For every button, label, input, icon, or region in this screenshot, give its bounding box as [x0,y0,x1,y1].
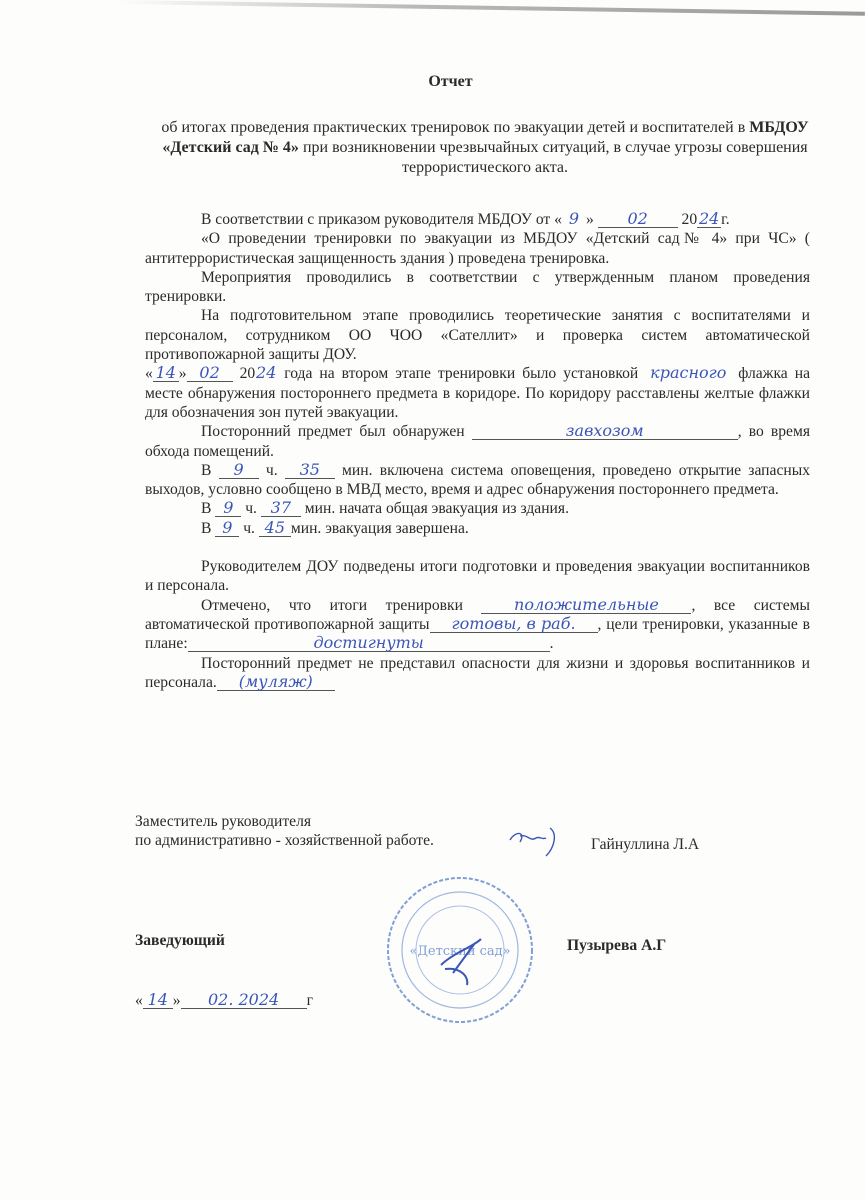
paragraph-plan: Мероприятия проводились в соответствии с… [145,268,810,307]
head-name: Пузырева А.Г [567,937,666,955]
date-day-field[interactable]: 14 [143,992,173,1009]
alert-min-field[interactable]: 35 [285,462,335,479]
order-year-field[interactable]: 24 [697,211,721,228]
date-close: » [173,992,181,1009]
evac-end-min-field[interactable]: 45 [259,520,291,537]
paragraph-noted: Отмечено, что итоги тренировки положител… [145,596,810,654]
paragraph-order: В соответствии с приказом руководителя М… [145,210,810,229]
evac-end-text: мин. эвакуация завершена. [291,520,469,537]
evac-end-hour-field[interactable]: 9 [215,520,239,537]
stage2-year-field[interactable]: 24 [255,365,277,381]
paragraph-preparation: На подготовительном этапе проводились те… [145,306,810,364]
date-rest-field[interactable]: 02. 2024 [181,992,307,1009]
evac-start-min-field[interactable]: 37 [261,500,301,517]
paragraph-evac-end: В 9 ч. 45мин. эвакуация завершена. [145,519,810,538]
head-title: Заведующий [135,932,225,950]
alert-hour-field[interactable]: 9 [219,462,259,479]
found-prefix: Посторонний предмет был обнаружен [201,423,472,440]
date-suffix: г [307,992,313,1009]
stage2-text1: года на втором этапе тренировки было уст… [277,365,645,382]
evac-start-hour-field[interactable]: 9 [215,500,241,517]
stamp-icon: «Детский сад» [383,873,538,1028]
document-subtitle: об итогах проведения практических тренир… [145,118,825,178]
evac-start-b: В [201,500,215,517]
stage2-quote: » [179,365,187,382]
order-mid: » [586,211,598,228]
order-prefix: В соответствии с приказом руководителя М… [201,211,562,228]
spacer [145,538,810,557]
stage2-open: « [145,365,153,382]
deputy-name: Гайнуллина Л.А [591,836,699,854]
noted-prefix: Отмечено, что итоги тренировки [201,597,481,614]
final-note-field[interactable]: (муляж) [217,674,335,691]
subtitle-part1: об итогах проведения практических тренир… [161,119,745,136]
order-year-prefix: 20 [678,211,698,228]
order-month-field[interactable]: 02 [598,211,678,228]
alert-b: В [201,462,219,479]
paragraph-summary: Руководителем ДОУ подведены итоги подгот… [145,557,810,596]
found-by-field[interactable]: завхозом [472,423,738,440]
evac-end-h: ч. [239,520,259,537]
stage2-day-field[interactable]: 14 [153,365,179,382]
noted-result-field[interactable]: положительные [481,597,691,614]
document-title: Отчет [0,73,865,91]
document-body: В соответствии с приказом руководителя М… [145,210,810,692]
paragraph-evac-start: В 9 ч. 37 мин. начата общая эвакуация из… [145,499,810,518]
order-suffix: г. [721,211,730,228]
signature-date: «14»02. 2024г [135,992,313,1010]
paragraph-final: Посторонний предмет не представил опасно… [145,654,810,693]
paragraph-found: Посторонний предмет был обнаружен завхоз… [145,422,810,461]
evac-start-text: мин. начата общая эвакуация из здания. [301,500,569,517]
flag-color-field[interactable]: красного [645,365,731,381]
paragraph-stage2: «14»02 2024 года на втором этапе трениро… [145,364,810,422]
noted-end: . [550,635,554,652]
deputy-title-line1: Заместитель руководителя [135,812,755,831]
evac-start-h: ч. [241,500,261,517]
alert-h: ч. [259,462,285,479]
date-open: « [135,992,143,1009]
scan-page-edge [120,0,865,16]
order-day-field[interactable]: 9 [562,211,586,227]
stage2-month-field[interactable]: 02 [187,365,233,382]
evac-end-b: В [201,520,215,537]
stage2-year-prefix: 20 [233,365,256,382]
deputy-signature-icon [506,826,566,860]
paragraph-order-title: «О проведении тренировки по эвакуации из… [145,229,810,268]
noted-systems-field[interactable]: готовы, в раб. [430,616,598,633]
subtitle-part2: при возникновении чрезвычайных ситуаций,… [299,139,808,176]
paragraph-alert: В 9 ч. 35 мин. включена система оповещен… [145,461,810,500]
noted-goals-field[interactable]: достигнуты [188,635,550,652]
